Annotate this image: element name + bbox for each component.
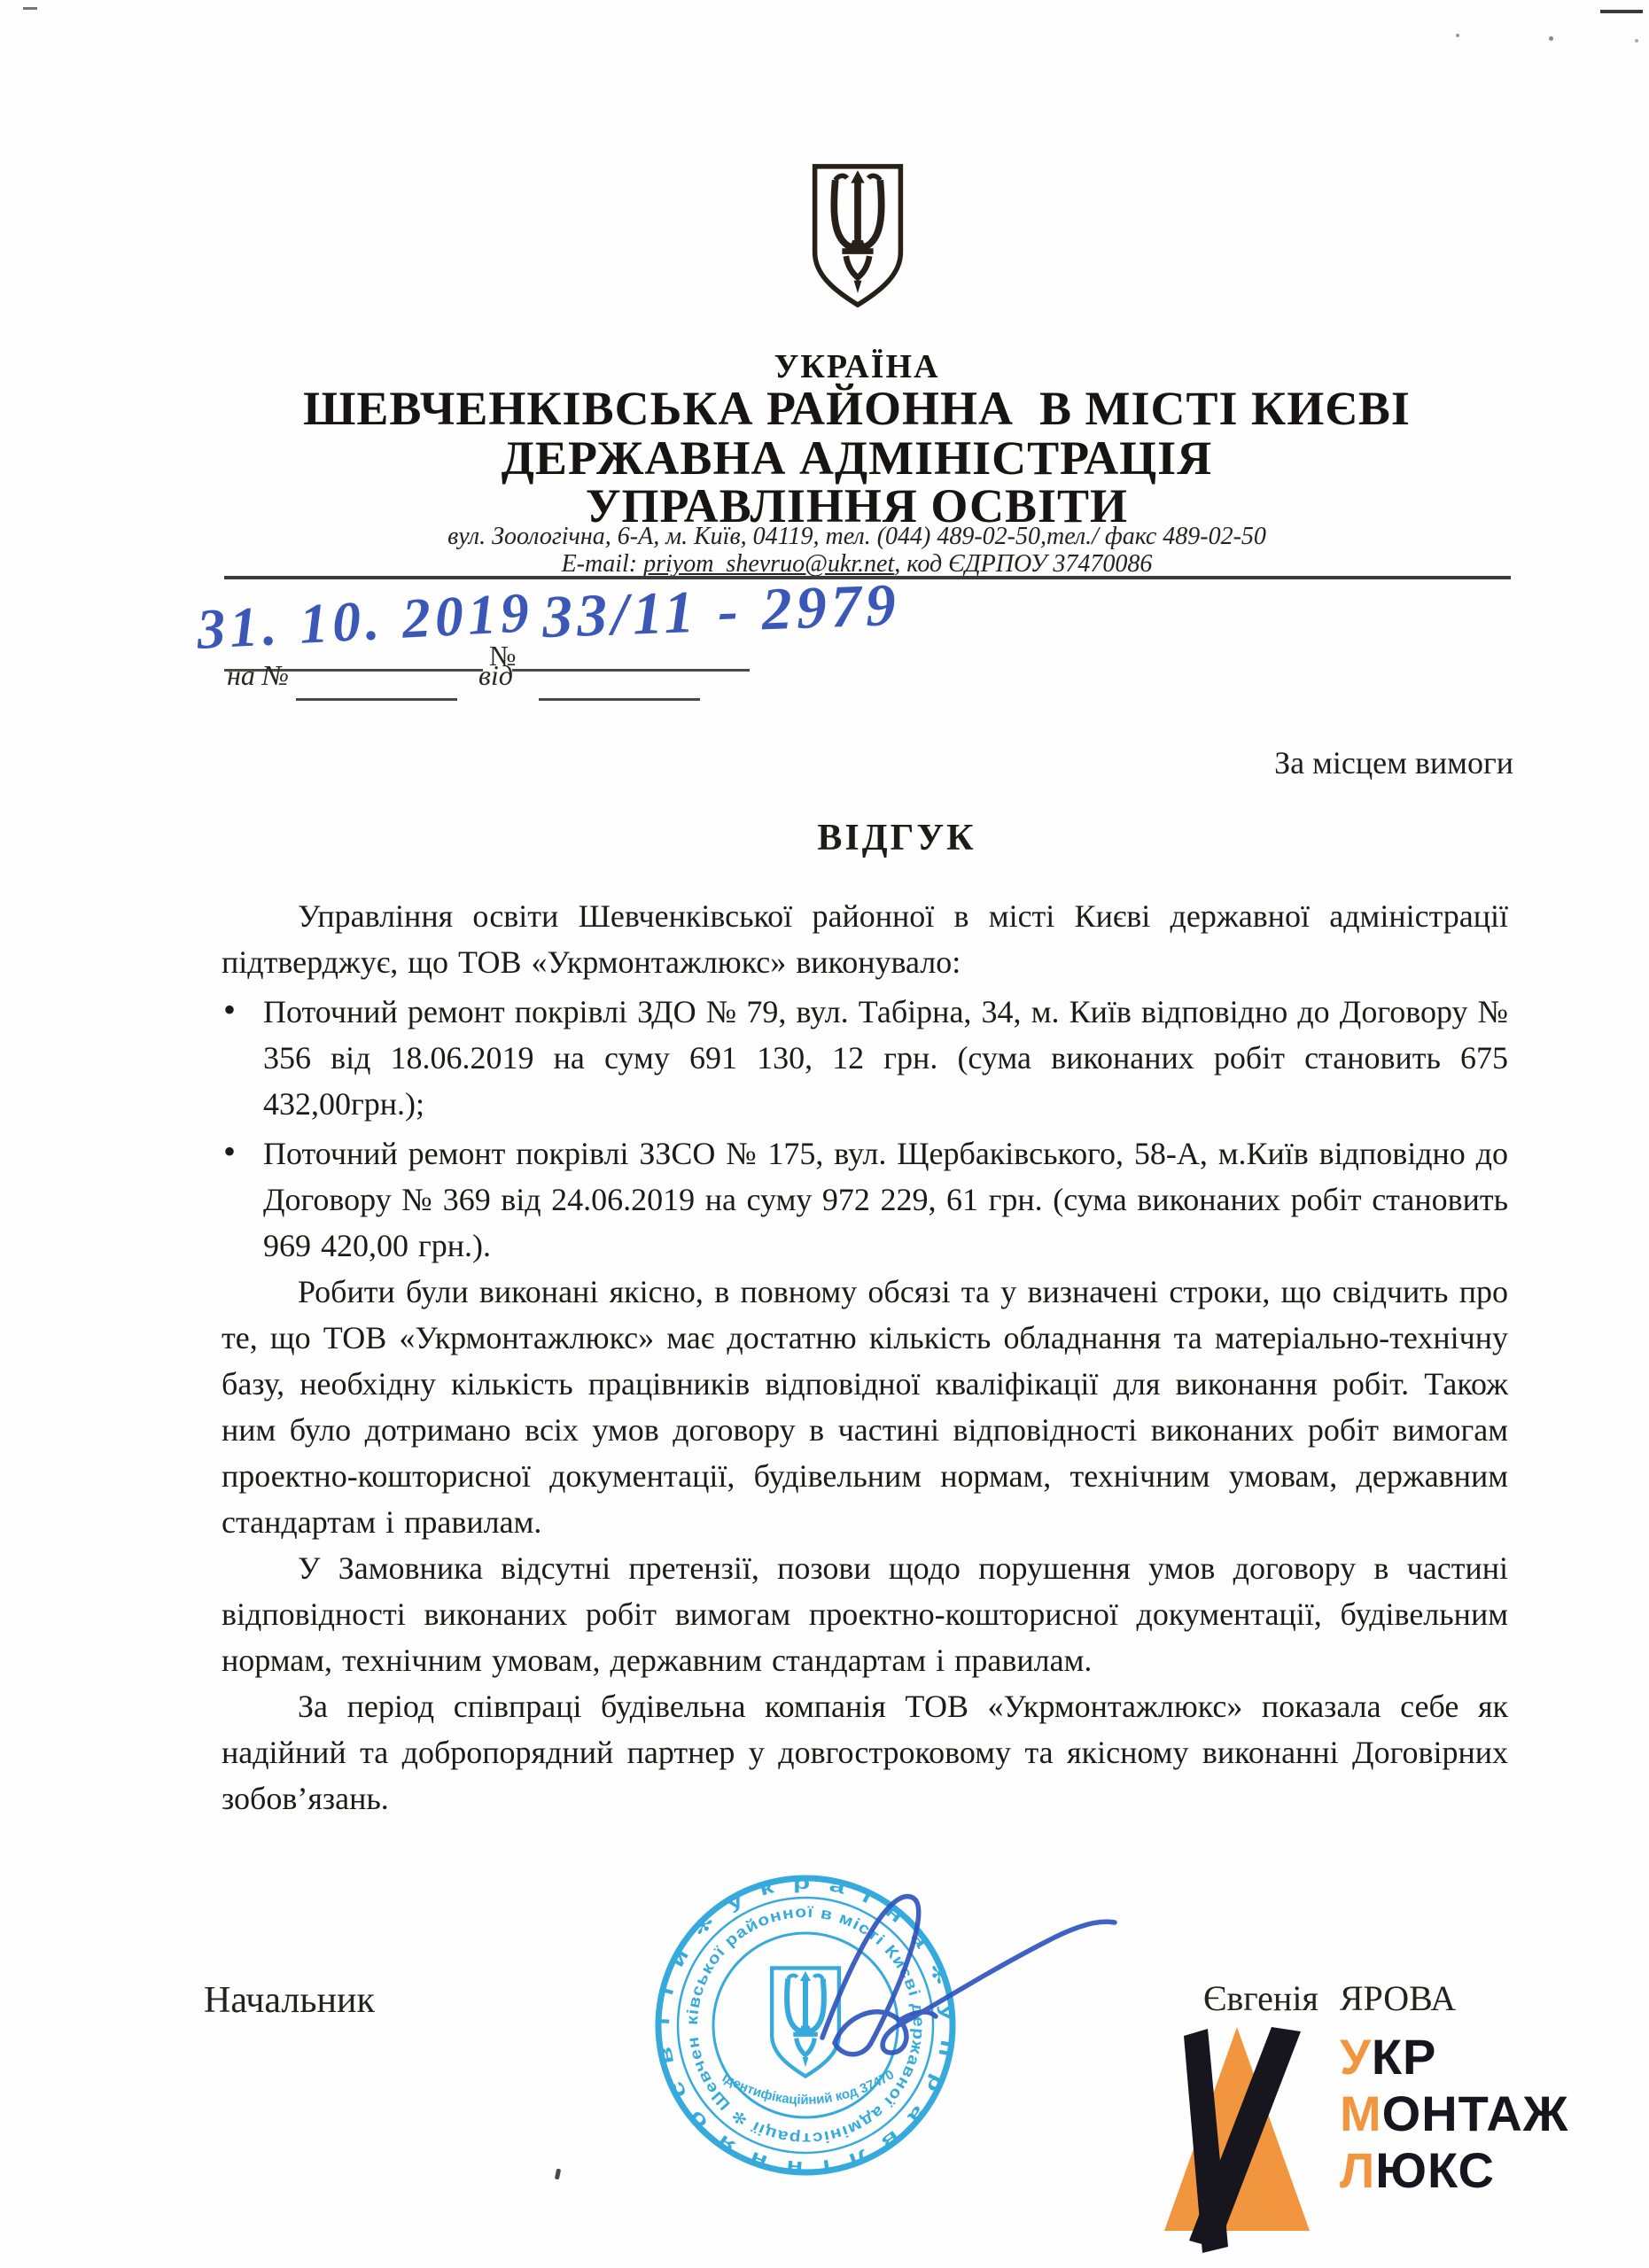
- email-suffix: , код ЄДРПОУ 37470086: [894, 550, 1152, 578]
- scan-artifact-mark: [555, 2169, 561, 2180]
- ukrmontazhluks-logo-icon: [1157, 2025, 1320, 2254]
- paragraph-intro: Управління освіти Шевченківської районно…: [222, 893, 1508, 985]
- reply-date-blank-line: [539, 698, 700, 701]
- paragraph-no-claims: У Замовника відсутні претензії, позови щ…: [222, 1545, 1508, 1683]
- scan-artifact-line: [1600, 10, 1643, 13]
- list-item-text: Поточний ремонт покрівлі ЗДО № 79, вул. …: [263, 994, 1508, 1122]
- scan-artifact-dot: [1549, 36, 1553, 41]
- number-blank-line: [512, 669, 750, 672]
- ukraine-trident-emblem-icon: [809, 162, 906, 309]
- list-item-text: Поточний ремонт покрівлі ЗЗСО № 175, вул…: [263, 1136, 1508, 1263]
- scan-artifact-dash: [23, 7, 37, 10]
- logo-line2: МОНТАЖ: [1340, 2085, 1568, 2142]
- ukrmontazhluks-logo-text: УКР МОНТАЖ ЛЮКС: [1340, 2029, 1568, 2199]
- bullet-icon: •: [223, 1129, 236, 1175]
- list-item: • Поточний ремонт покрівлі ЗЗСО № 175, в…: [222, 1130, 1508, 1269]
- document-title: ВІДГУК: [253, 817, 1540, 859]
- scan-artifact-dot: [1635, 39, 1638, 43]
- handwritten-date: 31. 10. 2019: [195, 579, 534, 663]
- paragraph-conclusion: За період співпраці будівельна компанія …: [222, 1683, 1508, 1821]
- pen-signature: [691, 1869, 1134, 2073]
- logo-line1: УКР: [1340, 2029, 1568, 2085]
- signer-position: Начальник: [204, 1979, 375, 2022]
- list-item: • Поточний ремонт покрівлі ЗДО № 79, вул…: [222, 989, 1508, 1127]
- letterhead-org-line1: ШЕВЧЕНКІВСЬКА РАЙОННА В МІСТІ КИЄВІ: [204, 381, 1510, 436]
- reply-number-blank-line: [296, 698, 457, 701]
- reply-to-number-label: на №: [227, 659, 289, 692]
- logo-line3: ЛЮКС: [1340, 2142, 1568, 2199]
- reply-from-date-label: від: [478, 659, 513, 692]
- letter-body: Управління освіти Шевченківської районно…: [222, 893, 1508, 1821]
- bullet-icon: •: [223, 987, 236, 1033]
- scan-artifact-dot: [1456, 34, 1459, 37]
- signer-name: Євгенія ЯРОВА: [1203, 1977, 1456, 2019]
- scanned-letter-page: УКРАЇНА ШЕВЧЕНКІВСЬКА РАЙОННА В МІСТІ КИ…: [0, 0, 1649, 2268]
- letterhead-address: вул. Зоологічна, 6-А, м. Київ, 04119, те…: [204, 523, 1510, 551]
- handwritten-outgoing-number: 33/11 - 2979: [541, 570, 901, 652]
- email-prefix: E-mail:: [562, 550, 644, 578]
- letterhead-org-line2: ДЕРЖАВНА АДМІНІСТРАЦІЯ: [204, 431, 1510, 485]
- paragraph-quality: Робити були виконані якісно, в повному о…: [222, 1269, 1508, 1545]
- recipient-line: За місцем вимоги: [1019, 744, 1513, 781]
